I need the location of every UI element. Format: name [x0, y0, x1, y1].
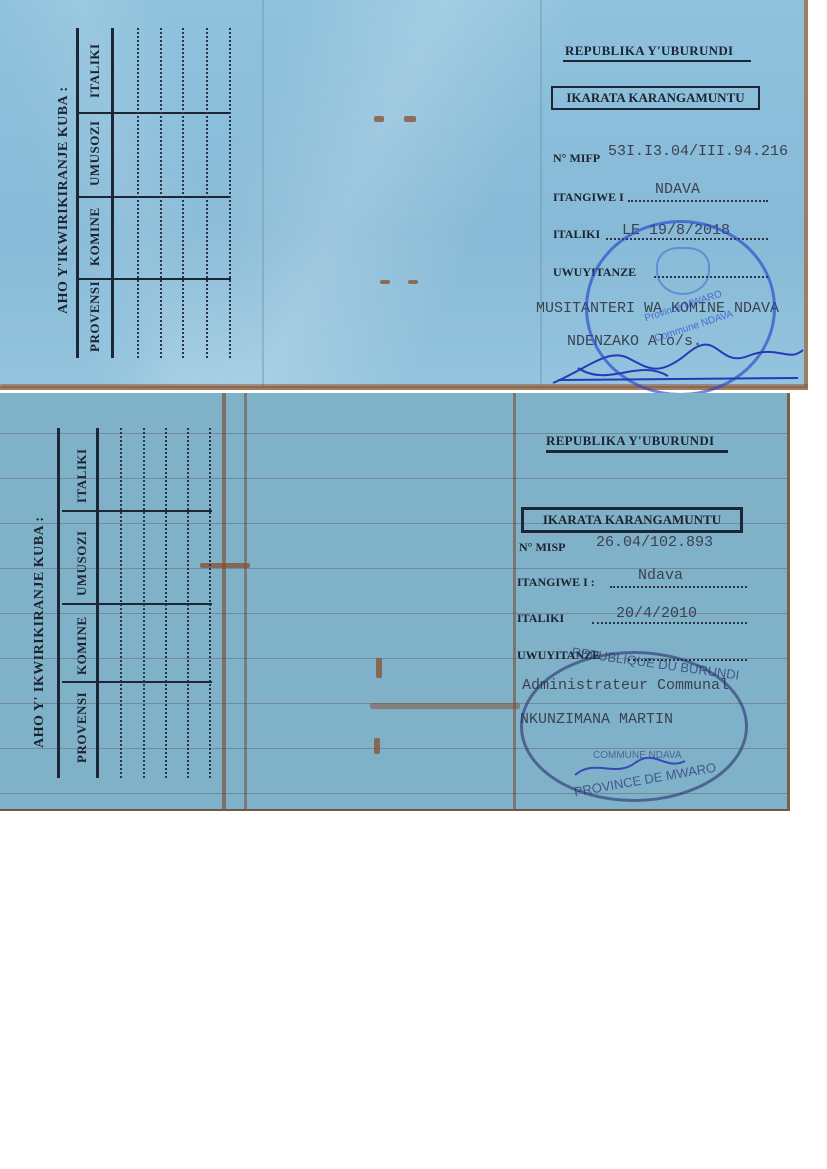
field-value-date: 20/4/2010 — [616, 605, 697, 622]
rust-spot — [374, 116, 384, 122]
rust-stain — [370, 703, 520, 709]
dotted-line — [628, 200, 768, 202]
column-komine: KOMINE — [74, 616, 90, 675]
table-divider — [62, 510, 212, 512]
entry-row[interactable] — [165, 428, 167, 778]
fold-line — [513, 393, 516, 809]
fold-line — [222, 393, 226, 809]
table-border — [57, 428, 60, 778]
header-underline — [546, 450, 728, 453]
document-title: IKARATA KARANGAMUNTU — [521, 507, 743, 533]
entry-row[interactable] — [160, 28, 162, 358]
registration-title: AHO Y'IKWIRIKIRANJE KUBA : — [56, 86, 72, 314]
table-divider — [62, 603, 212, 605]
entry-row[interactable] — [209, 428, 211, 778]
column-komine: KOMINE — [87, 207, 103, 266]
field-label-date: ITALIKI — [517, 611, 564, 626]
field-value-number: 53I.I3.04/III.94.216 — [608, 143, 788, 160]
dotted-line — [592, 622, 747, 624]
field-value-number: 26.04/102.893 — [596, 534, 713, 551]
field-label-issued-at: ITANGIWE I : — [517, 575, 595, 590]
rust-stain — [200, 563, 250, 568]
field-label-number: N° MISP — [519, 540, 565, 555]
entry-row[interactable] — [137, 28, 139, 358]
rust-spot — [404, 116, 416, 122]
column-italiki: ITALIKI — [74, 448, 90, 503]
entry-row[interactable] — [229, 28, 231, 358]
stamp-text: REPUBLIQUE DU BURUNDI — [571, 644, 740, 682]
column-provensi: PROVENSI — [87, 281, 103, 352]
id-card-bottom: AHO Y' IKWIRIKIRANJE KUBA : PROVENSI KOM… — [0, 393, 790, 811]
entry-row[interactable] — [120, 428, 122, 778]
table-border — [111, 28, 114, 358]
id-card-top: AHO Y'IKWIRIKIRANJE KUBA : PROVENSI KOMI… — [0, 0, 808, 390]
column-provensi: PROVENSI — [74, 692, 90, 763]
signature — [570, 753, 690, 783]
rust-stain — [374, 738, 380, 754]
republic-header: REPUBLIKA Y'UBURUNDI — [565, 43, 733, 59]
field-value-issued-at: Ndava — [638, 567, 683, 584]
dotted-line — [610, 586, 747, 588]
header-underline — [563, 60, 751, 62]
field-value-issued-at: NDAVA — [655, 181, 700, 198]
rust-spot — [408, 280, 418, 284]
signature — [548, 338, 808, 390]
column-umusozi: UMUSOZI — [87, 120, 103, 186]
column-umusozi: UMUSOZI — [74, 530, 90, 596]
entry-row[interactable] — [143, 428, 145, 778]
republic-header: REPUBLIKA Y'UBURUNDI — [546, 433, 714, 449]
entry-row[interactable] — [187, 428, 189, 778]
table-border — [76, 28, 79, 358]
coat-of-arms-icon — [656, 247, 710, 295]
fold-line — [244, 393, 247, 809]
fold-line — [262, 0, 264, 386]
entry-row[interactable] — [206, 28, 208, 358]
registration-title: AHO Y' IKWIRIKIRANJE KUBA : — [32, 516, 48, 748]
field-label-date: ITALIKI — [553, 227, 600, 242]
table-divider — [62, 681, 212, 683]
entry-row[interactable] — [182, 28, 184, 358]
document-title: IKARATA KARANGAMUNTU — [551, 86, 760, 110]
field-label-number: N° MIFP — [553, 151, 600, 166]
column-italiki: ITALIKI — [87, 43, 103, 98]
rust-stain — [376, 658, 382, 678]
field-label-issued-at: ITANGIWE I — [553, 190, 624, 205]
fold-line — [540, 0, 542, 386]
rust-spot — [380, 280, 390, 284]
